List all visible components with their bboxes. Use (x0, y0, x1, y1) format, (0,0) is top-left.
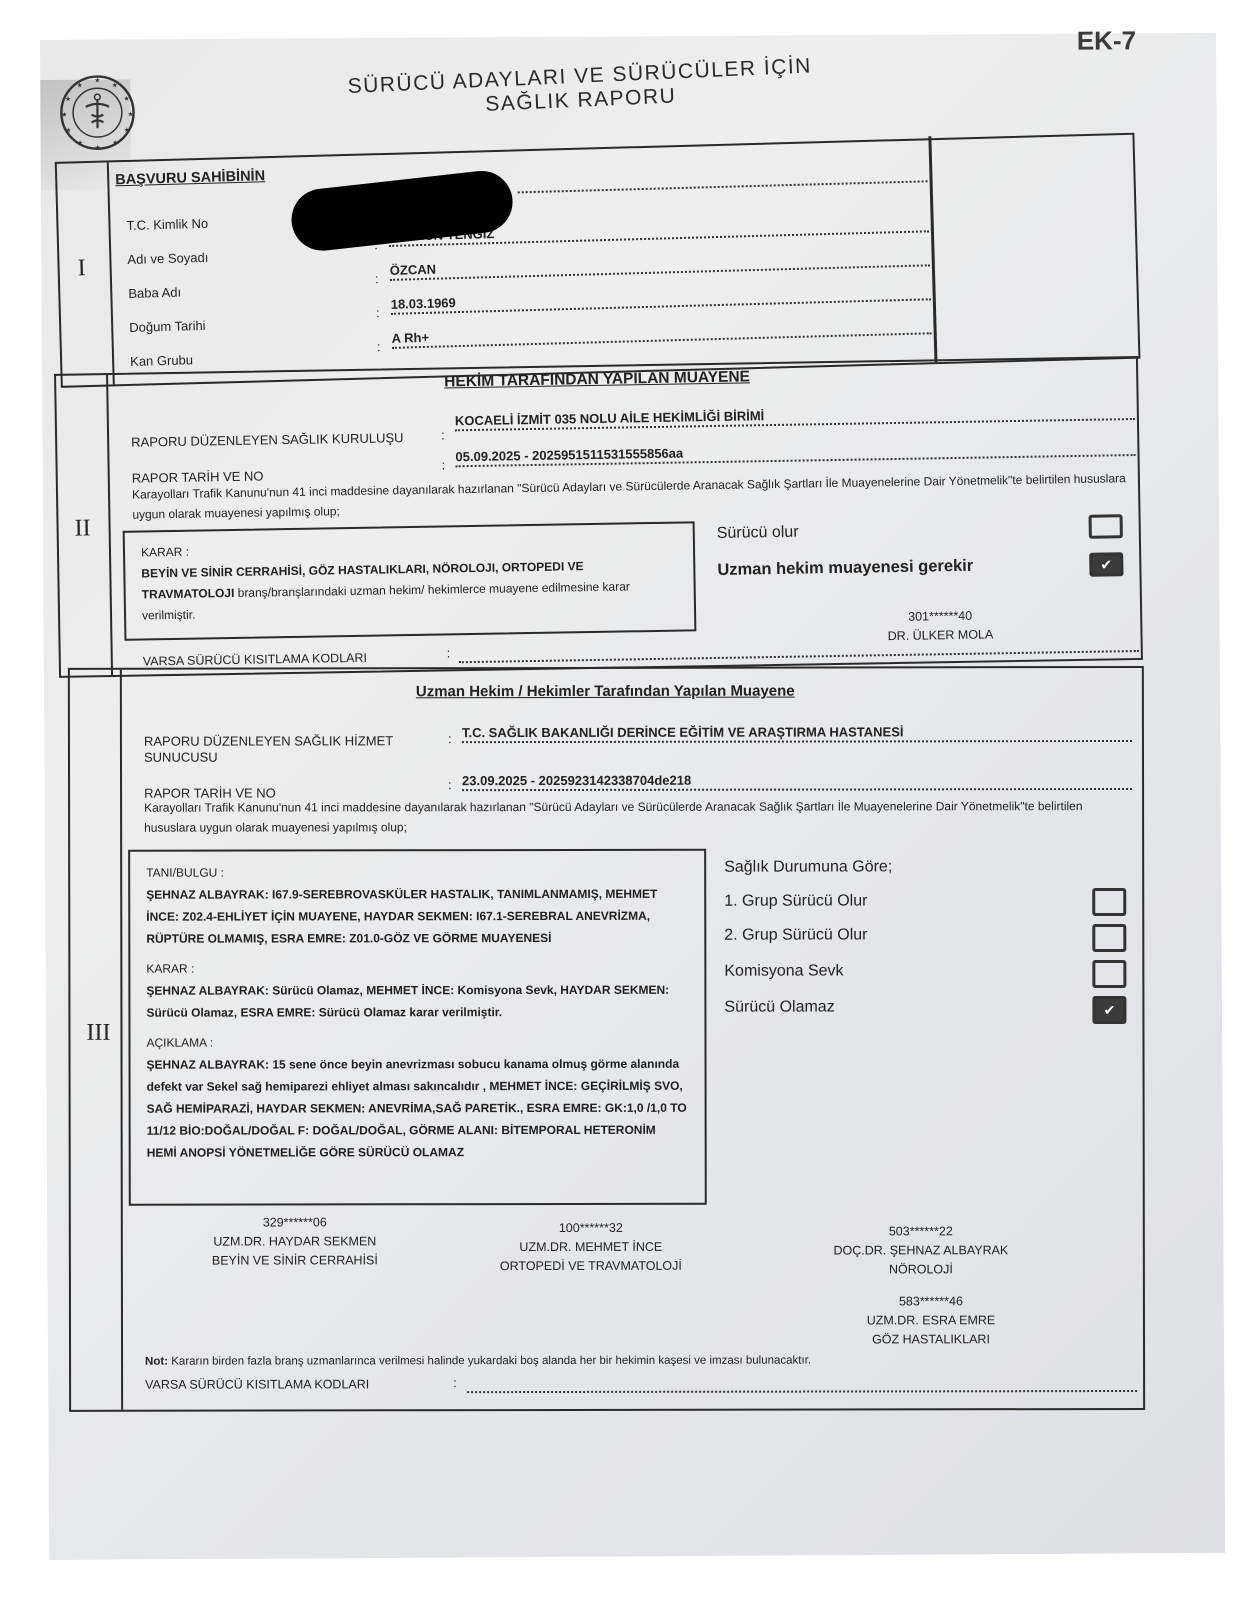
annex-label: EK-7 (1077, 25, 1136, 56)
signature-sehnaz-albayrak: 503******22 DOÇ.DR. ŞEHNAZ ALBAYRAK NÖRO… (801, 1222, 1041, 1279)
section-2-divider (106, 375, 113, 675)
father-name-value: ÖZCAN (390, 248, 930, 281)
provider-label-line2: SUNUCUSU (144, 750, 218, 765)
svg-text:★: ★ (94, 76, 100, 84)
signature-mehmet-ince: 100******32 UZM.DR. MEHMET İNCE ORTOPEDİ… (471, 1219, 711, 1276)
option-driver-ok-label: Sürücü olur (717, 524, 799, 543)
name-label: Adı ve Soyadı (127, 250, 208, 267)
health-status-heading: Sağlık Durumuna Göre; (724, 858, 892, 876)
explanation-caption: AÇIKLAMA : (146, 1031, 688, 1054)
gp-signature: 301******40 DR. ÜLKER MOLA (840, 606, 1041, 647)
gp-name: DR. ÜLKER MOLA (840, 625, 1040, 647)
svg-text:★: ★ (77, 139, 83, 147)
section-3-box: III Uzman Hekim / Hekimler Tarafından Ya… (68, 666, 1145, 1412)
specialist-decision-text: ŞEHNAZ ALBAYRAK: Sürücü Olamaz, MEHMET İ… (146, 979, 688, 1024)
birth-date-label: Doğum Tarihi (129, 318, 206, 335)
option-driver-ok-checkbox[interactable] (1089, 514, 1123, 539)
option-specialist-required-label: Uzman hekim muayenesi gerekir (717, 557, 973, 580)
father-name-label: Baba Adı (128, 285, 181, 301)
diagnosis-text: ŞEHNAZ ALBAYRAK: I67.9-SEREBROVASKÜLER H… (146, 883, 688, 950)
svg-text:★: ★ (65, 126, 71, 134)
specialist-decision-caption: KARAR : (146, 957, 688, 980)
svg-text:★: ★ (65, 95, 71, 103)
restriction-codes-label: VARSA SÜRÜCÜ KISITLAMA KODLARI (143, 651, 367, 669)
findings-box: TANI/BULGU : ŞEHNAZ ALBAYRAK: I67.9-SERE… (128, 849, 707, 1206)
blood-type-label: Kan Grubu (130, 352, 193, 369)
provider-label-line1: RAPORU DÜZENLEYEN SAĞLIK HİZMET (144, 733, 393, 748)
applicant-heading: BAŞVURU SAHİBİNİN (115, 168, 265, 188)
diagnosis-caption: TANI/BULGU : (146, 861, 688, 884)
specialist-report-date-value: 23.09.2025 - 2025923142338704de218 (462, 772, 1132, 791)
specialist-restriction-codes-field (467, 1390, 1137, 1393)
note-text: Not: Kararın birden fazla branş uzmanlar… (145, 1350, 1135, 1372)
option-not-driver-checkbox[interactable]: ✔ (1092, 996, 1126, 1024)
decision-box: KARAR : BEYİN VE SİNİR CERRAHİSİ, GÖZ HA… (123, 521, 697, 640)
section-2-roman: II (74, 515, 90, 542)
signature-haydar-sekmen: 329******06 UZM.DR. HAYDAR SEKMEN BEYİN … (185, 1213, 405, 1270)
option-commission-label: Komisyona Sevk (724, 962, 843, 980)
birth-date-value: 18.03.1969 (391, 282, 931, 315)
report-title: SÜRÜCÜ ADAYLARI VE SÜRÜCÜLER İÇİN SAĞLIK… (329, 54, 831, 124)
svg-text:★: ★ (77, 81, 83, 89)
option-specialist-required-checkbox[interactable]: ✔ (1089, 552, 1123, 577)
svg-text:★: ★ (124, 95, 130, 103)
photo-box (931, 135, 1137, 362)
report-paper: EK-7 ★★★ ★★★ ★★★ ★★★ SÜRÜCÜ ADAYLARI VE … (40, 33, 1225, 1560)
section-1-roman: I (77, 255, 86, 282)
section-1-divider (107, 162, 115, 384)
signature-esra-emre: 583******46 UZM.DR. ESRA EMRE GÖZ HASTAL… (831, 1292, 1031, 1349)
option-group2-checkbox[interactable] (1092, 924, 1126, 952)
explanation-text: ŞEHNAZ ALBAYRAK: 15 sene önce beyin anev… (147, 1053, 689, 1164)
option-commission-checkbox[interactable] (1092, 960, 1126, 988)
tc-id-label: T.C. Kimlik No (126, 216, 208, 233)
institution-label: RAPORU DÜZENLEYEN SAĞLIK KURULUŞU (131, 430, 404, 450)
svg-text:★: ★ (112, 139, 118, 147)
svg-text:★: ★ (95, 144, 101, 152)
svg-text:★: ★ (61, 111, 67, 119)
option-group2-label: 2. Grup Sürücü Olur (724, 926, 867, 944)
section-3-divider (120, 670, 123, 1410)
institution-value: KOCAELİ İZMİT 035 NOLU AİLE HEKİMLİĞİ Bİ… (455, 402, 1135, 431)
physician-exam-heading: HEKİM TARAFINDAN YAPILAN MUAYENE (444, 368, 750, 391)
legal-text: Karayolları Trafik Kanunu'nun 41 inci ma… (132, 468, 1133, 525)
section-2-box: II HEKİM TARAFINDAN YAPILAN MUAYENE RAPO… (54, 356, 1143, 678)
specialist-exam-heading: Uzman Hekim / Hekimler Tarafından Yapıla… (416, 683, 795, 701)
svg-text:★: ★ (124, 126, 130, 134)
provider-value: T.C. SAĞLIK BAKANLIĞI DERİNCE EĞİTİM VE … (462, 724, 1132, 743)
option-group1-checkbox[interactable] (1092, 888, 1126, 916)
svg-text:★: ★ (112, 81, 118, 89)
svg-text:★: ★ (128, 110, 134, 118)
option-not-driver-label: Sürücü Olamaz (724, 999, 834, 1017)
specialist-restriction-codes-label: VARSA SÜRÜCÜ KISITLAMA KODLARI (145, 1377, 369, 1391)
restriction-codes-field (459, 650, 1139, 663)
section-3-roman: III (86, 1020, 110, 1047)
section-1-box: I BAŞVURU SAHİBİNİN T.C. Kimlik No Adı v… (55, 133, 1141, 388)
option-group1-label: 1. Grup Sürücü Olur (724, 892, 867, 910)
specialist-legal-text: Karayolları Trafik Kanunu'nun 41 inci ma… (144, 796, 1134, 838)
report-date-value: 05.09.2025 - 2025951511531555856aa (455, 438, 1135, 467)
blood-type-value: A Rh+ (391, 316, 931, 349)
tc-id-field (518, 180, 928, 193)
ministry-of-health-seal-icon: ★★★ ★★★ ★★★ ★★★ (58, 73, 136, 151)
